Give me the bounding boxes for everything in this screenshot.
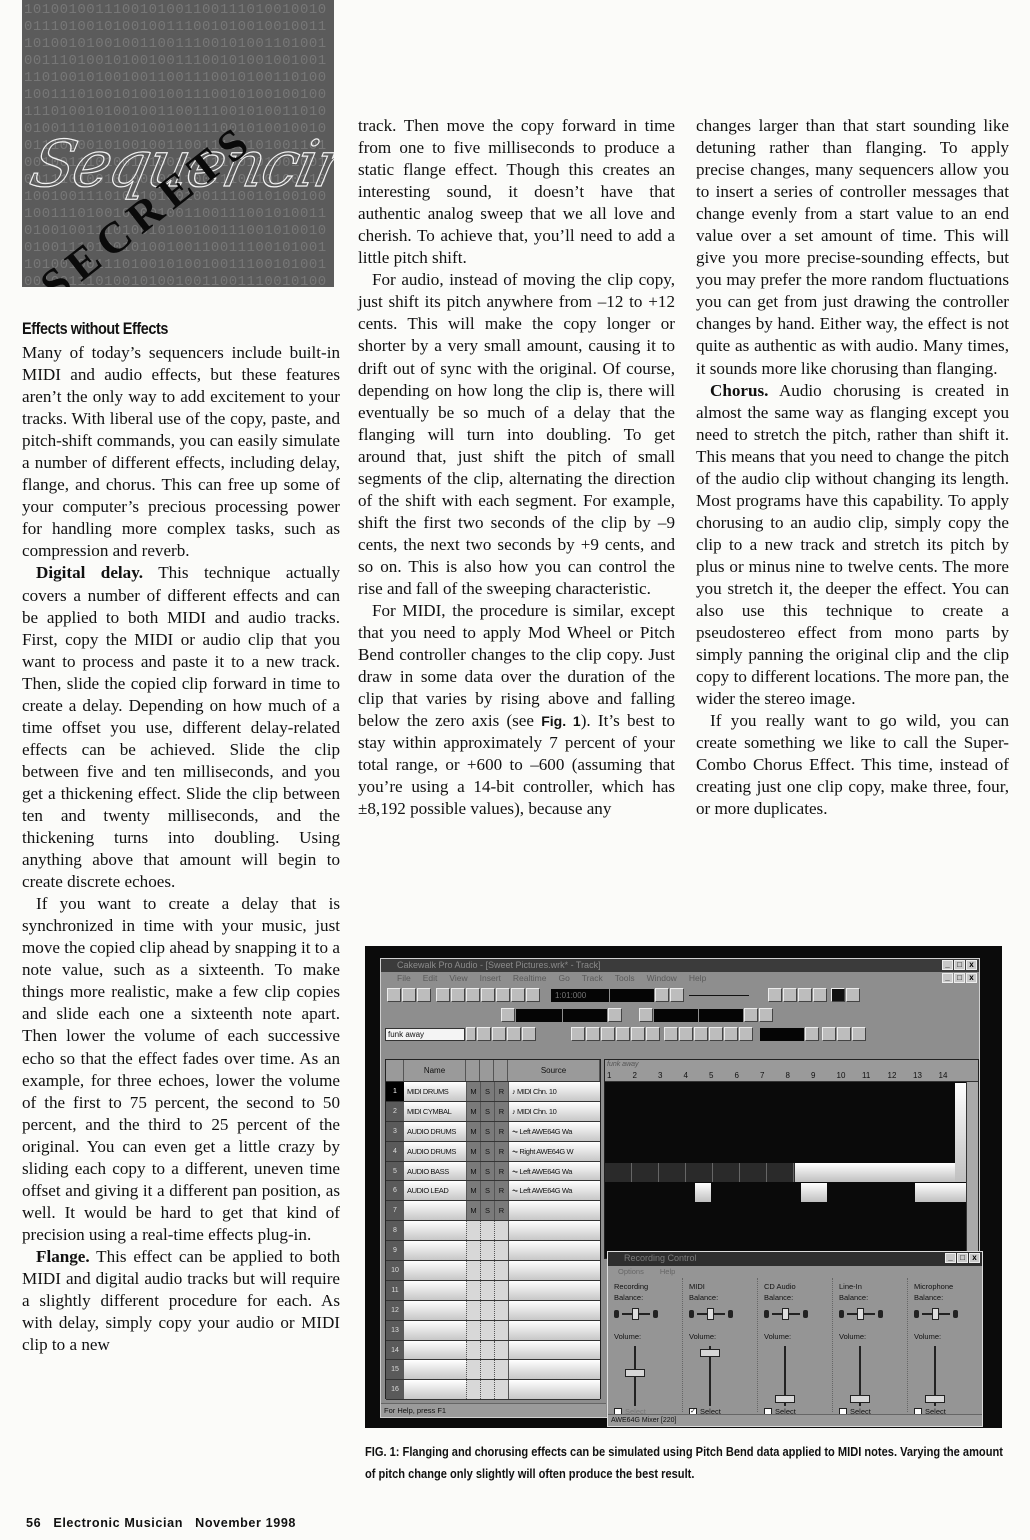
recording-control-title: Recording Control [624, 1253, 697, 1263]
menu-track[interactable]: Track [582, 972, 603, 985]
record-arm-button[interactable] [494, 1221, 508, 1240]
track-source[interactable] [508, 1281, 600, 1300]
time-ruler[interactable]: funk away 1234567891011121314 [605, 1060, 978, 1082]
track-name[interactable] [404, 1380, 466, 1399]
solo-button[interactable] [480, 1221, 494, 1240]
track-name[interactable] [404, 1301, 466, 1320]
help-icon[interactable] [526, 988, 540, 1002]
track-source[interactable] [508, 1380, 600, 1399]
track-source[interactable] [508, 1201, 600, 1220]
ruler-mark: 8 [786, 1071, 790, 1080]
app-title-bar: Cakewalk Pro Audio - [Sweet Pictures.wrk… [381, 959, 979, 972]
track-number: 15 [386, 1360, 404, 1379]
left-speaker-icon [614, 1310, 619, 1318]
track-number: 11 [386, 1281, 404, 1300]
ruler-mark: 7 [760, 1071, 764, 1080]
solo-button[interactable]: S [480, 1162, 494, 1181]
tempo-up-icon[interactable] [670, 988, 684, 1002]
close-button[interactable]: x [966, 960, 977, 970]
balance-slider[interactable] [689, 1306, 757, 1322]
zoom-tool-2-icon[interactable] [837, 1027, 851, 1041]
position-slider[interactable] [689, 995, 749, 996]
ruler-mark: 9 [811, 1071, 815, 1080]
edit-tool-5-icon[interactable] [631, 1027, 645, 1041]
track-name[interactable] [404, 1241, 466, 1260]
figure-reference-link: Fig. 1 [541, 713, 581, 729]
menu-tools[interactable]: Tools [615, 972, 635, 985]
paragraph: Many of today’s sequencers include built… [22, 342, 340, 562]
track-row[interactable]: 15 [386, 1360, 600, 1380]
column-logo: 1010010011100101001100111010010010011101… [22, 0, 334, 287]
markers-toolbar [501, 1007, 773, 1023]
menu-insert[interactable]: Insert [480, 972, 501, 985]
minimize-button[interactable]: _ [942, 960, 953, 970]
track-tool-3-icon[interactable] [507, 1027, 521, 1041]
track-tool-4-icon[interactable] [522, 1027, 536, 1041]
balance-thumb[interactable] [707, 1308, 714, 1320]
track-tool-1-icon[interactable] [477, 1027, 491, 1041]
copy-icon[interactable] [451, 988, 465, 1002]
track-source[interactable] [508, 1221, 600, 1240]
solo-button[interactable]: S [480, 1181, 494, 1200]
record-arm-button[interactable] [494, 1301, 508, 1320]
right-speaker-icon [728, 1310, 733, 1318]
track-number: 12 [386, 1301, 404, 1320]
track-number: 14 [386, 1341, 404, 1360]
track-row[interactable]: 1MIDI DRUMSMSR♪ MIDI Chn. 10 [386, 1082, 600, 1102]
loop-set-icon[interactable] [744, 1008, 758, 1022]
mixer-channels: Recording Balance: Volume: Select MIDI B… [608, 1278, 982, 1412]
solo-button[interactable]: S [480, 1201, 494, 1220]
menu-bar: FileEditViewInsertRealtimeGoTrackToolsWi… [381, 972, 979, 985]
paragraph: Chorus. Audio chorusing is created in al… [696, 380, 1009, 711]
mute-button[interactable] [466, 1281, 480, 1300]
volume-label: Volume: [689, 1332, 757, 1343]
track-row[interactable]: 10 [386, 1261, 600, 1281]
balance-label: Balance: [914, 1293, 982, 1304]
mute-button[interactable] [466, 1261, 480, 1280]
clip-lead-2[interactable] [801, 1183, 827, 1202]
ruler-title: funk away [607, 1061, 639, 1068]
edit-tool-2-icon[interactable] [586, 1027, 600, 1041]
record-arm-button[interactable] [494, 1360, 508, 1379]
balance-slider[interactable] [614, 1306, 682, 1322]
track-name[interactable]: AUDIO DRUMS [404, 1142, 466, 1161]
track-row[interactable]: 12 [386, 1301, 600, 1321]
paragraph-lead: Chorus. [710, 381, 768, 400]
record-arm-button[interactable] [494, 1261, 508, 1280]
channel-label: CD Audio [764, 1282, 832, 1293]
track-number: 6 [386, 1181, 404, 1200]
mute-button[interactable]: M [466, 1201, 480, 1220]
solo-button[interactable] [480, 1360, 494, 1379]
balance-label: Balance: [839, 1293, 907, 1304]
record-arm-button[interactable]: R [494, 1181, 508, 1200]
app-window: Cakewalk Pro Audio - [Sweet Pictures.wrk… [380, 958, 980, 1418]
paragraph-text: Audio chorusing is created in almost the… [696, 381, 1009, 709]
mute-button[interactable]: M [466, 1142, 480, 1161]
edit-tool-1-icon[interactable] [571, 1027, 585, 1041]
track-set-dropdown[interactable]: funk away [385, 1028, 465, 1041]
paragraph: changes larger than that start sounding … [696, 115, 1009, 380]
paragraph-lead: Digital delay. [36, 563, 143, 582]
track-row[interactable]: 7MSR [386, 1201, 600, 1221]
volume-slider-thumb[interactable] [700, 1349, 720, 1357]
mute-button[interactable] [466, 1380, 480, 1399]
mixer-channel: Microphone Balance: Volume: Select [908, 1278, 982, 1412]
track-number: 2 [386, 1102, 404, 1121]
article-column-1: Many of today’s sequencers include built… [22, 342, 340, 1356]
edit-toolbar [571, 1026, 866, 1042]
redo-icon[interactable] [496, 988, 510, 1002]
mixer-channel: Line-In Balance: Volume: Select [833, 1278, 908, 1412]
solo-button[interactable] [480, 1241, 494, 1260]
track-source[interactable]: ♪ MIDI Chn. 10 [508, 1082, 600, 1101]
track-name[interactable] [404, 1321, 466, 1340]
ruler-mark: 10 [837, 1071, 846, 1080]
tool-icon[interactable] [511, 988, 525, 1002]
magazine-name: Electronic Musician [53, 1516, 183, 1530]
play-icon[interactable] [798, 988, 812, 1002]
track-list-header: Name Source [386, 1060, 600, 1082]
track-row[interactable]: 8 [386, 1221, 600, 1241]
mute-button[interactable] [466, 1321, 480, 1340]
balance-thumb[interactable] [782, 1308, 789, 1320]
issue-date: November 1998 [195, 1516, 296, 1530]
paragraph: Flange. This effect can be applied to bo… [22, 1246, 340, 1356]
track-tool-2-icon[interactable] [492, 1027, 506, 1041]
transport-toolbar: 1:01:000 [551, 987, 860, 1003]
record-arm-button[interactable] [494, 1321, 508, 1340]
stop-icon[interactable] [783, 988, 797, 1002]
rewind-icon[interactable] [768, 988, 782, 1002]
channel-label: Microphone [914, 1282, 982, 1293]
track-number: 7 [386, 1201, 404, 1220]
cut-icon[interactable] [436, 988, 450, 1002]
paragraph-text: Many of today’s sequencers include built… [22, 343, 340, 560]
solo-button[interactable] [480, 1281, 494, 1300]
solo-button[interactable] [480, 1301, 494, 1320]
track-number: 3 [386, 1122, 404, 1141]
solo-button[interactable] [480, 1380, 494, 1399]
mute-button[interactable]: M [466, 1181, 480, 1200]
mixer-status-bar: AWE64G Mixer [220] [608, 1414, 982, 1426]
volume-label: Volume: [839, 1332, 907, 1343]
track-number: 9 [386, 1241, 404, 1260]
paste-icon[interactable] [466, 988, 480, 1002]
mute-button[interactable] [466, 1241, 480, 1260]
record-arm-button[interactable] [494, 1281, 508, 1300]
solo-button[interactable]: S [480, 1102, 494, 1121]
record-step-icon[interactable] [846, 988, 860, 1002]
undo-icon[interactable] [481, 988, 495, 1002]
track-name[interactable] [404, 1341, 466, 1360]
record-arm-button[interactable]: R [494, 1162, 508, 1181]
record-arm-button[interactable] [494, 1341, 508, 1360]
dropdown-arrow-icon[interactable] [466, 1027, 476, 1041]
vertical-scrollbar[interactable] [966, 1082, 978, 1258]
paragraph-lead: Flange. [36, 1247, 90, 1266]
balance-thumb[interactable] [632, 1308, 639, 1320]
smpte-display [610, 989, 654, 1002]
edit-tool-3-icon[interactable] [601, 1027, 615, 1041]
track-number: 10 [386, 1261, 404, 1280]
solo-button[interactable]: S [480, 1142, 494, 1161]
track-number: 4 [386, 1142, 404, 1161]
ruler-mark: 11 [862, 1071, 870, 1080]
loop-end-display [699, 1009, 743, 1022]
solo-button[interactable]: S [480, 1082, 494, 1101]
right-speaker-icon [953, 1310, 958, 1318]
volume-label: Volume: [614, 1332, 682, 1343]
edit-tool-4-icon[interactable] [616, 1027, 630, 1041]
left-speaker-icon [914, 1310, 919, 1318]
volume-slider-thumb[interactable] [625, 1369, 645, 1377]
mute-button[interactable] [466, 1360, 480, 1379]
track-row[interactable]: 14 [386, 1341, 600, 1361]
menu-file[interactable]: File [397, 972, 411, 985]
mute-button[interactable]: M [466, 1122, 480, 1141]
paragraph-text: track. Then move the copy forward in tim… [358, 116, 675, 267]
edit-tool-6-icon[interactable] [646, 1027, 660, 1041]
rc-minimize-button[interactable]: _ [945, 1253, 956, 1263]
ruler-mark: 14 [939, 1071, 948, 1080]
track-name[interactable] [404, 1281, 466, 1300]
section-heading: Effects without Effects [22, 319, 168, 339]
column-header-name[interactable]: Name [404, 1060, 466, 1081]
balance-slider[interactable] [914, 1306, 982, 1322]
edit-tool-10-icon[interactable] [709, 1027, 723, 1041]
column-header-source[interactable]: Source [508, 1060, 600, 1081]
track-row[interactable]: 16 [386, 1380, 600, 1400]
channel-label: Recording [614, 1282, 682, 1293]
track-source[interactable] [508, 1341, 600, 1360]
menu-help[interactable]: Help [689, 972, 706, 985]
solo-button[interactable]: S [480, 1122, 494, 1141]
right-speaker-icon [878, 1310, 883, 1318]
track-name[interactable]: AUDIO DRUMS [404, 1122, 466, 1141]
from-icon[interactable] [501, 1008, 515, 1022]
track-number: 8 [386, 1221, 404, 1240]
track-name[interactable]: MIDI DRUMS [404, 1082, 466, 1101]
menu-options[interactable]: Options [618, 1266, 644, 1278]
page-footer: 56 Electronic Musician November 1998 [26, 1516, 296, 1530]
solo-button[interactable] [480, 1261, 494, 1280]
mute-button[interactable]: M [466, 1082, 480, 1101]
clip-bass[interactable] [795, 1163, 955, 1182]
article-column-3: changes larger than that start sounding … [696, 115, 1009, 821]
balance-slider[interactable] [839, 1306, 907, 1322]
volume-label: Volume: [914, 1332, 982, 1343]
track-name[interactable]: AUDIO LEAD [404, 1181, 466, 1200]
track-source[interactable]: ⏦ Right AWE64G W [508, 1142, 600, 1161]
menu-edit[interactable]: Edit [423, 972, 438, 985]
volume-slider-thumb[interactable] [850, 1395, 870, 1403]
end-icon[interactable] [813, 988, 827, 1002]
app-title: Cakewalk Pro Audio - [Sweet Pictures.wrk… [397, 960, 601, 970]
volume-slider-thumb[interactable] [925, 1395, 945, 1403]
file-toolbar [387, 987, 540, 1003]
ruler-mark: 2 [633, 1071, 637, 1080]
record-arm-button[interactable] [494, 1380, 508, 1399]
record-arm-button[interactable]: R [494, 1122, 508, 1141]
record-arm-button[interactable]: R [494, 1102, 508, 1121]
paragraph: If you really want to go wild, you can c… [696, 710, 1009, 820]
volume-label: Volume: [764, 1332, 832, 1343]
track-number: 13 [386, 1321, 404, 1340]
paragraph: If you want to create a delay that is sy… [22, 893, 340, 1246]
track-source[interactable]: ⏦ Left AWE64G Wa [508, 1181, 600, 1200]
menu-help[interactable]: Help [660, 1266, 675, 1278]
track-source[interactable] [508, 1261, 600, 1280]
record-arm-button[interactable] [494, 1241, 508, 1260]
track-name[interactable]: MIDI CYMBAL [404, 1102, 466, 1121]
save-icon[interactable] [417, 988, 431, 1002]
mute-button[interactable] [466, 1341, 480, 1360]
record-arm-button[interactable]: R [494, 1201, 508, 1220]
channel-label: Line-In [839, 1282, 907, 1293]
recording-control-title-bar: Recording Control _ □ x [608, 1252, 982, 1266]
figure-screenshot: Cakewalk Pro Audio - [Sweet Pictures.wrk… [365, 946, 1002, 1428]
track-row[interactable]: 2MIDI CYMBALMSR♪ MIDI Chn. 10 [386, 1102, 600, 1122]
solo-button[interactable] [480, 1321, 494, 1340]
mute-button[interactable] [466, 1221, 480, 1240]
balance-thumb[interactable] [932, 1308, 939, 1320]
doc-minimize-button[interactable]: _ [942, 973, 953, 983]
thru-display [563, 1009, 607, 1022]
open-icon[interactable] [402, 988, 416, 1002]
clock-display: 1:01:000 [551, 989, 609, 1002]
from-display [516, 1009, 562, 1022]
track-name[interactable] [404, 1360, 466, 1379]
track-name[interactable]: AUDIO BASS [404, 1162, 466, 1181]
track-source[interactable] [508, 1241, 600, 1260]
track-row[interactable]: 6AUDIO LEADMSR⏦ Left AWE64G Wa [386, 1181, 600, 1201]
record-icon[interactable] [831, 988, 845, 1002]
paragraph-text: changes larger than that start sounding … [696, 116, 1009, 378]
paragraph-text: If you really want to go wild, you can c… [696, 711, 1009, 818]
track-name[interactable] [404, 1261, 466, 1280]
track-name[interactable] [404, 1201, 466, 1220]
thru-icon[interactable] [608, 1008, 622, 1022]
menu-view[interactable]: View [449, 972, 467, 985]
track-row[interactable]: 11 [386, 1281, 600, 1301]
paragraph: For audio, instead of moving the clip co… [358, 269, 675, 600]
zoom-tool-1-icon[interactable] [822, 1027, 836, 1041]
mute-button[interactable]: M [466, 1162, 480, 1181]
menu-realtime[interactable]: Realtime [513, 972, 547, 985]
track-source[interactable]: ♪ MIDI Chn. 10 [508, 1102, 600, 1121]
mute-button[interactable] [466, 1301, 480, 1320]
edit-tool-12-icon[interactable] [739, 1027, 753, 1041]
menu-go[interactable]: Go [558, 972, 569, 985]
snap-display [760, 1028, 804, 1041]
balance-label: Balance: [764, 1293, 832, 1304]
ruler-mark: 12 [888, 1071, 897, 1080]
recording-control-menu: Options Help [608, 1266, 982, 1278]
track-row[interactable]: 13 [386, 1321, 600, 1341]
mute-button[interactable]: M [466, 1102, 480, 1121]
loop-toggle-icon[interactable] [759, 1008, 773, 1022]
track-source[interactable]: ⏦ Left AWE64G Wa [508, 1162, 600, 1181]
track-source[interactable]: ⏦ Left AWE64G Wa [508, 1122, 600, 1141]
clip-lead-1[interactable] [695, 1183, 711, 1202]
ruler-mark: 4 [684, 1071, 688, 1080]
paragraph: Digital delay. This technique actually c… [22, 562, 340, 893]
solo-button[interactable] [480, 1341, 494, 1360]
ruler-mark: 13 [913, 1071, 922, 1080]
record-arm-button[interactable]: R [494, 1142, 508, 1161]
paragraph: For MIDI, the procedure is similar, exce… [358, 600, 675, 820]
new-icon[interactable] [387, 988, 401, 1002]
volume-slider-thumb[interactable] [775, 1395, 795, 1403]
maximize-button[interactable]: □ [954, 960, 965, 970]
track-number: 5 [386, 1162, 404, 1181]
doc-restore-button[interactable]: □ [954, 973, 965, 983]
loop-start-display [654, 1009, 698, 1022]
loop-icon[interactable] [639, 1008, 653, 1022]
balance-thumb[interactable] [857, 1308, 864, 1320]
right-speaker-icon [803, 1310, 808, 1318]
balance-label: Balance: [689, 1293, 757, 1304]
track-source[interactable] [508, 1360, 600, 1379]
edit-tool-7-icon[interactable] [664, 1027, 678, 1041]
channel-label: MIDI [689, 1282, 757, 1293]
clips-pane: funk away 1234567891011121314 [604, 1059, 979, 1259]
track-name[interactable] [404, 1221, 466, 1240]
track-source[interactable] [508, 1321, 600, 1340]
mixer-channel: Recording Balance: Volume: Select [608, 1278, 683, 1412]
track-row[interactable]: 5AUDIO BASSMSR⏦ Left AWE64G Wa [386, 1162, 600, 1182]
track-row[interactable]: 3AUDIO DRUMSMSR⏦ Left AWE64G Wa [386, 1122, 600, 1142]
balance-slider[interactable] [764, 1306, 832, 1322]
paragraph: track. Then move the copy forward in tim… [358, 115, 675, 269]
mixer-channel: MIDI Balance: Volume: ✓ Select [683, 1278, 758, 1412]
rc-maximize-button[interactable]: □ [957, 1253, 968, 1263]
edit-tool-8-icon[interactable] [679, 1027, 693, 1041]
rc-close-button[interactable]: x [969, 1253, 980, 1263]
menu-window[interactable]: Window [647, 972, 677, 985]
edit-tool-9-icon[interactable] [694, 1027, 708, 1041]
zoom-tool-3-icon[interactable] [852, 1027, 866, 1041]
figure-caption: FIG. 1: Flanging and chorusing effects c… [365, 1441, 1016, 1485]
track-number: 16 [386, 1380, 404, 1399]
snap-icon[interactable] [805, 1027, 819, 1041]
app-status-bar: For Help, press F1 [381, 1403, 606, 1417]
clip-lead-3[interactable] [915, 1183, 971, 1202]
track-row[interactable]: 4AUDIO DRUMSMSR⏦ Right AWE64G W [386, 1142, 600, 1162]
track-source[interactable] [508, 1301, 600, 1320]
paragraph-text: If you want to create a delay that is sy… [22, 894, 340, 1244]
article-column-2: track. Then move the copy forward in tim… [358, 115, 675, 821]
track-toolbar: funk away [385, 1026, 536, 1042]
track-row[interactable]: 9 [386, 1241, 600, 1261]
doc-close-button[interactable]: x [966, 973, 977, 983]
ruler-mark: 5 [709, 1071, 713, 1080]
left-speaker-icon [839, 1310, 844, 1318]
ruler-mark: 6 [735, 1071, 739, 1080]
page-number: 56 [26, 1516, 41, 1530]
clip-bass-notes[interactable] [605, 1163, 795, 1182]
paragraph-text: For audio, instead of moving the clip co… [358, 270, 675, 598]
paragraph-text: This technique actually covers a number … [22, 563, 340, 891]
edit-tool-11-icon[interactable] [724, 1027, 738, 1041]
ruler-mark: 1 [607, 1071, 611, 1080]
track-number: 1 [386, 1082, 404, 1101]
left-speaker-icon [764, 1310, 769, 1318]
record-arm-button[interactable]: R [494, 1082, 508, 1101]
tempo-down-icon[interactable] [655, 988, 669, 1002]
